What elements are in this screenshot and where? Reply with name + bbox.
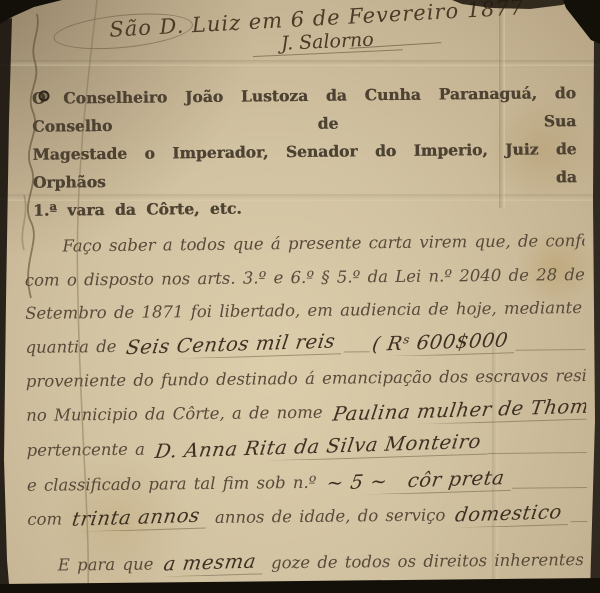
handwritten-fill-text: a mesma <box>159 549 266 577</box>
handwritten-fill-text: ( Rˢ 600$000 <box>367 329 517 358</box>
document-line: Faço saber a todos que á presente carta … <box>24 231 584 256</box>
document-line: Setembro de 1871 foi libertado, em audie… <box>25 298 585 323</box>
document-photo: São D. Luiz em 6 de Fevereiro 1877 J. Sa… <box>0 0 600 593</box>
printed-text: Faço saber a todos que á presente carta … <box>62 231 584 255</box>
document-line: pertencente a D. Anna Rita da Silva Mont… <box>26 432 586 463</box>
printed-text: no Municipio da Côrte, a de nome <box>26 403 330 425</box>
document-line: quantia de Seis Centos mil reis( Rˢ 600$… <box>25 329 585 360</box>
fill-rule-line <box>516 348 586 351</box>
document-line: e classificado para tal fim sob n.º ~ 5 … <box>27 467 587 498</box>
printed-text: E para que <box>58 554 161 574</box>
fill-rule-line <box>343 350 369 352</box>
fill-rule-line <box>512 486 587 489</box>
letterhead-line: 1.ª vara da Côrte, etc. <box>33 191 577 225</box>
printed-text: e classificado para tal fim sob n.º <box>27 473 324 495</box>
printed-text: goze de todos os direitos inherentes á l… <box>264 549 588 572</box>
document-line: com trinta annos annos de idade, do serv… <box>27 501 587 532</box>
document-line: proveniente do fundo destinado á emancip… <box>26 366 586 391</box>
printed-text: annos de idade, do serviço <box>208 505 453 527</box>
document-line: no Municipio da Côrte, a de nome Paulina… <box>26 397 586 428</box>
printed-text: proveniente do fundo destinado á emancip… <box>26 366 586 391</box>
handwritten-fill-text: domestico <box>451 501 572 529</box>
document-sheet: São D. Luiz em 6 de Fevereiro 1877 J. Sa… <box>0 0 600 593</box>
handwritten-fill-text: ~ 5 ~ côr preta <box>322 467 514 497</box>
document-line: E para que a mesma goze de todos os dire… <box>28 547 588 578</box>
printed-text: Setembro de 1871 foi libertado, em audie… <box>25 298 585 323</box>
letterhead-line: Magestade o Imperador, Senador do Imperi… <box>32 135 577 197</box>
printed-text: com o disposto nos arts. 3.º e 6.º § 5.º… <box>25 265 585 290</box>
handwritten-fill-text: trinta annos <box>67 504 209 532</box>
printed-letterhead: O Conselheiro João Lustoza da Cunha Para… <box>32 79 577 225</box>
document-line: com o disposto nos arts. 3.º e 6.º § 5.º… <box>25 265 585 290</box>
handwritten-fill-text: D. Anna Rita da Silva Monteiro <box>150 432 491 463</box>
printed-text: quantia de <box>25 337 123 357</box>
fill-rule-line <box>488 451 587 454</box>
handwritten-fill-text: Seis Centos mil reis <box>122 329 346 360</box>
handwritten-fill-text: Paulina mulher de Thomaz <box>328 397 587 428</box>
fill-rule-line <box>570 520 587 522</box>
letterhead-line: O Conselheiro João Lustoza da Cunha Para… <box>32 79 577 141</box>
printed-text: pertencente a <box>26 440 152 460</box>
printed-text: com <box>27 509 69 528</box>
